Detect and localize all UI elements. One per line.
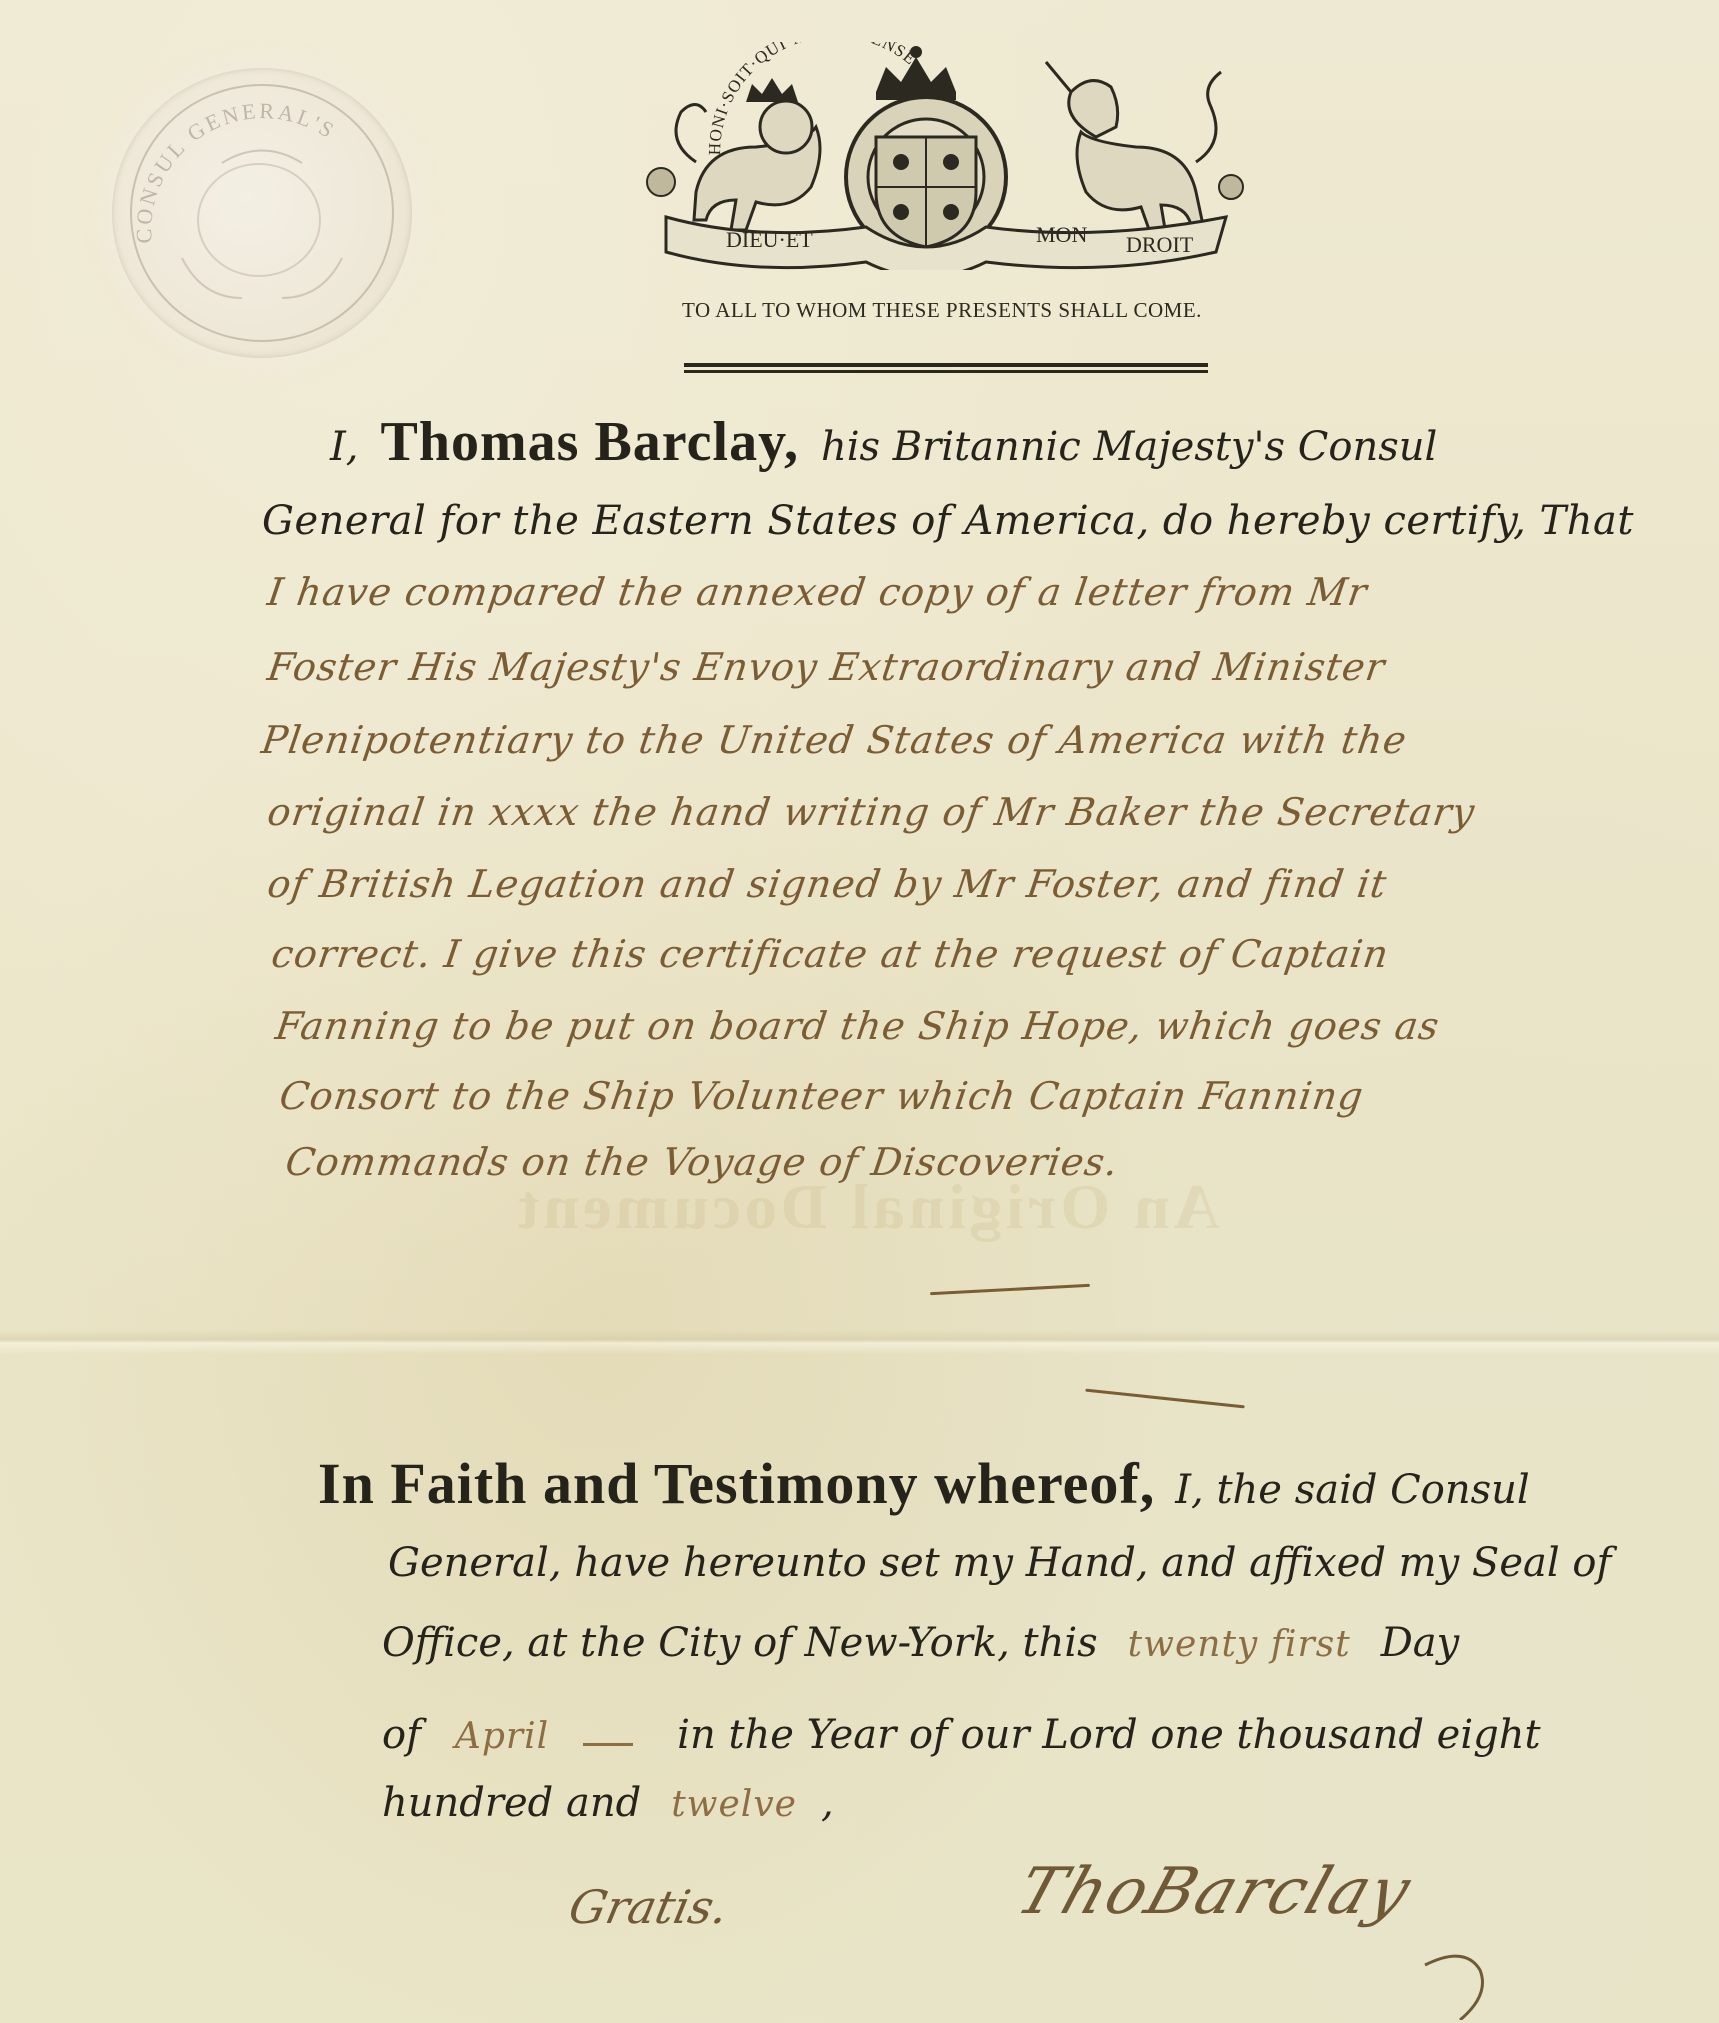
handwritten-day: twenty first: [1128, 1624, 1351, 1665]
testimony-heading-tail: I, the said Consul: [1175, 1467, 1529, 1513]
testimony-line-4-pre: of: [382, 1712, 421, 1758]
testimony-heading: In Faith and Testimony whereof,: [318, 1451, 1155, 1516]
handwritten-year: twelve: [671, 1784, 797, 1825]
month-dash: [583, 1743, 633, 1746]
royal-coat-of-arms-icon: HONI·SOIT·QUI·MAL·Y·PENSE DIEU·ET MON DR…: [626, 42, 1266, 270]
embossed-seal: CONSUL GENERAL'S: [112, 68, 412, 358]
manuscript-line-5: of British Legation and signed by Mr Fos…: [265, 862, 1390, 906]
signature: ThoBarclay: [1008, 1855, 1421, 1929]
testimony-line-4-post: in the Year of our Lord one thousand eig…: [677, 1712, 1540, 1758]
svg-text:DROIT: DROIT: [1126, 232, 1194, 257]
testimony-line-4: of April in the Year of our Lord one tho…: [382, 1712, 1541, 1758]
seal-legend-icon: CONSUL GENERAL'S: [112, 68, 412, 358]
testimony-line-3-post: Day: [1381, 1620, 1460, 1666]
double-rule-top: [684, 363, 1208, 367]
testimony-line-5: hundred and twelve ,: [382, 1780, 834, 1826]
manuscript-line-1: I have compared the annexed copy of a le…: [265, 570, 1370, 614]
testimony-line-2: General, have hereunto set my Hand, and …: [388, 1540, 1611, 1586]
double-rule-bottom: [684, 370, 1208, 373]
manuscript-line-8: Consort to the Ship Volunteer which Capt…: [277, 1074, 1367, 1118]
testimony-line-5-post: ,: [821, 1780, 834, 1826]
consul-name: Thomas Barclay,: [381, 411, 799, 473]
svg-text:DIEU·ET: DIEU·ET: [726, 227, 813, 252]
signature-flourish-icon: [1420, 1940, 1510, 2020]
manuscript-line-4: original in xxxx the hand writing of Mr …: [265, 790, 1478, 834]
manuscript-line-2: Foster His Majesty's Envoy Extraordinary…: [265, 645, 1388, 689]
opening-line-1: I, Thomas Barclay, his Britannic Majesty…: [330, 410, 1437, 474]
pronoun-i: I,: [330, 424, 359, 470]
manuscript-line-9: Commands on the Voyage of Discoveries.: [283, 1140, 1121, 1184]
paper-fold-crease: [0, 1330, 1719, 1354]
svg-text:CONSUL GENERAL'S: CONSUL GENERAL'S: [131, 98, 341, 244]
manuscript-line-7: Fanning to be put on board the Ship Hope…: [273, 1004, 1443, 1048]
consul-title: his Britannic Majesty's Consul: [821, 424, 1437, 470]
preamble-heading: TO ALL TO WHOM THESE PRESENTS SHALL COME…: [592, 298, 1292, 323]
manuscript-line-6: correct. I give this certificate at the …: [269, 932, 1392, 976]
handwritten-month: April: [455, 1716, 549, 1757]
gratis-note: Gratis.: [564, 1880, 733, 1934]
testimony-line-3-pre: Office, at the City of New-York, this: [382, 1620, 1098, 1666]
testimony-line-1: In Faith and Testimony whereof, I, the s…: [318, 1450, 1530, 1517]
svg-text:MON: MON: [1036, 222, 1087, 247]
opening-line-2: General for the Eastern States of Americ…: [262, 498, 1634, 544]
testimony-line-3: Office, at the City of New-York, this tw…: [382, 1620, 1459, 1666]
manuscript-line-3: Plenipotentiary to the United States of …: [259, 718, 1410, 762]
testimony-line-5-pre: hundred and: [382, 1780, 641, 1826]
